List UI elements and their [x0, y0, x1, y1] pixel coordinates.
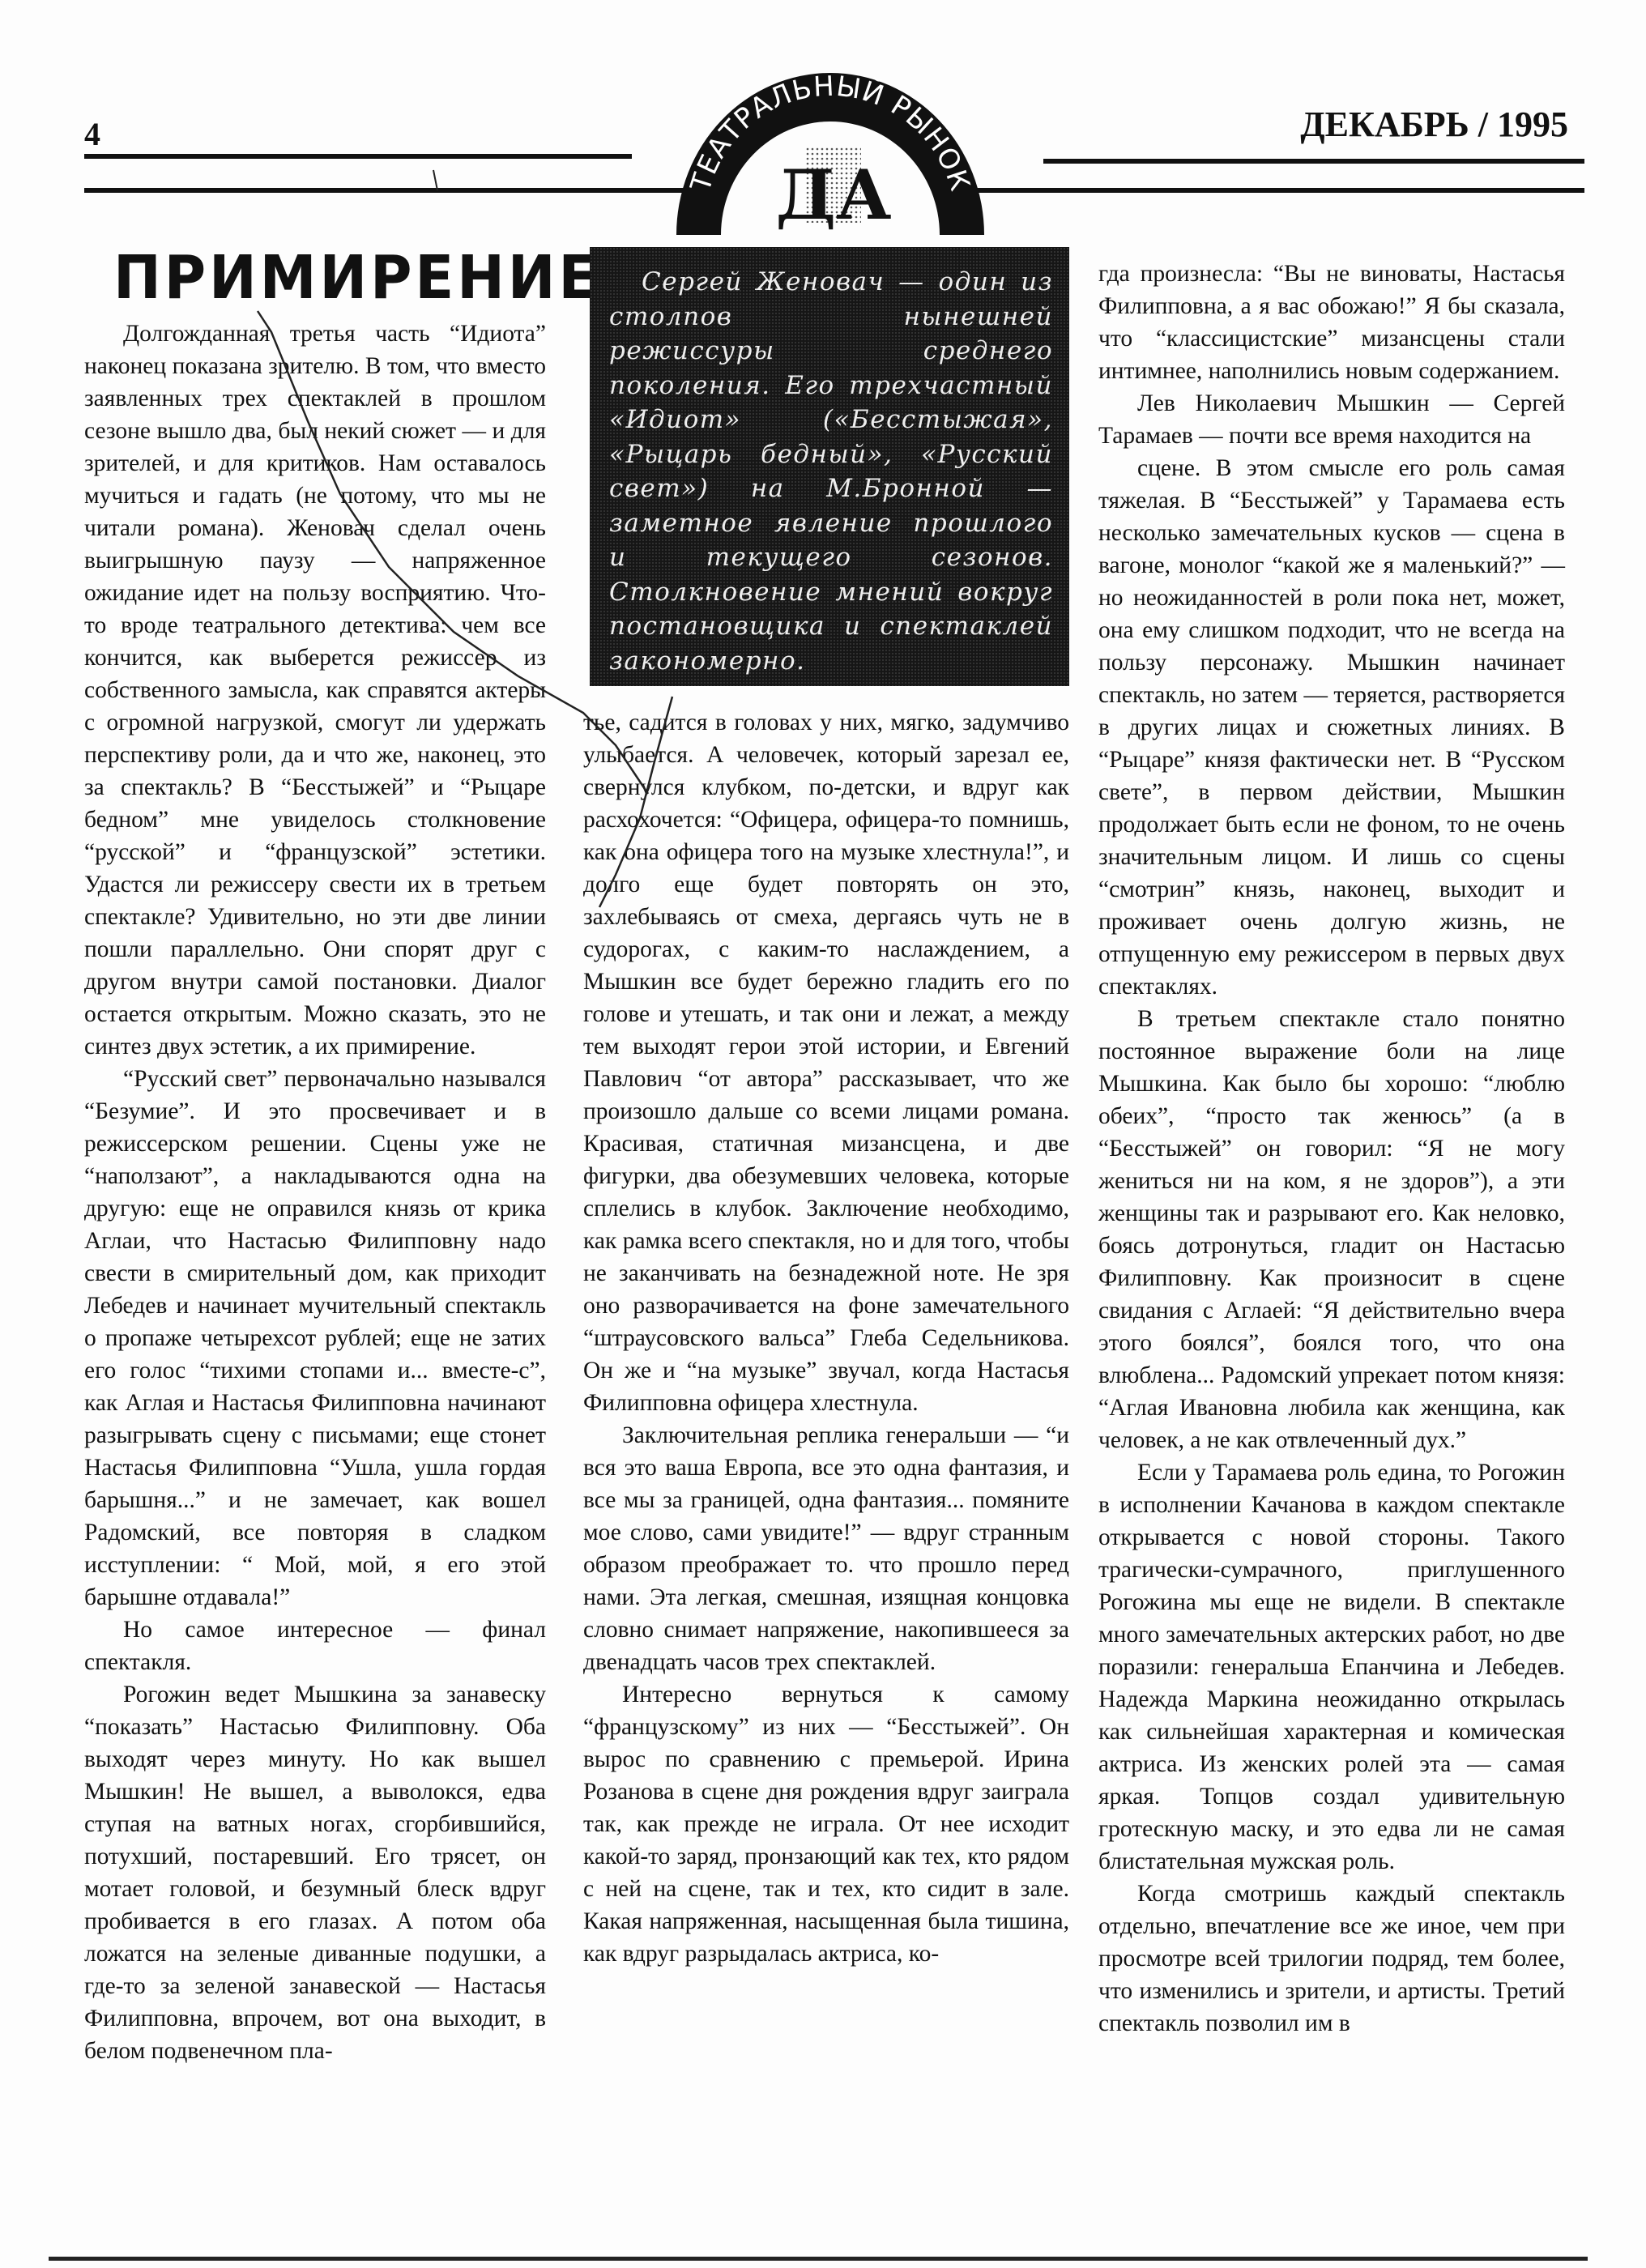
paragraph: Рогожин ведет Мышкина за занавеску “пока…: [84, 1678, 546, 2067]
paragraph: Лев Николаевич Мышкин — Сергей Тарамаев …: [1098, 387, 1565, 452]
lead-sidebar-box: Сергей Женовач — один из столпов нынешне…: [590, 247, 1069, 686]
article-column-2: тье, садится в головах у них, мягко, зад…: [583, 706, 1069, 1970]
paragraph: сцене. В этом смысле его роль самая тяже…: [1098, 452, 1565, 1003]
header-rule-right-bottom: [964, 188, 1584, 193]
paragraph: Долгожданная третья часть “Идиота” након…: [84, 318, 546, 1063]
header-rule-left-bottom: [84, 188, 710, 193]
paragraph: Но самое интересное — финал спектакля.: [84, 1614, 546, 1678]
header-rule-right-top: [1043, 159, 1584, 164]
paragraph: Когда смотришь каждый спектакль отдельно…: [1098, 1878, 1565, 2040]
article-headline: ПРИМИРЕНИЕ: [113, 243, 600, 313]
page-number: 4: [84, 115, 100, 153]
paragraph: Интересно вернуться к самому “французско…: [583, 1678, 1069, 1970]
header-rule-left-top: [84, 154, 632, 159]
logo-letters: ДА: [775, 155, 891, 235]
page-bottom-rule: [49, 2257, 1588, 2261]
paragraph: Если у Тарамаева роль едина, то Рогожин …: [1098, 1456, 1565, 1878]
paragraph: гда произнесла: “Вы не виноваты, Настась…: [1098, 258, 1565, 387]
article-column-3: гда произнесла: “Вы не виноваты, Настась…: [1098, 258, 1565, 2040]
paragraph: В третьем спектакле стало понятно постоя…: [1098, 1003, 1565, 1456]
section-logo: ТЕАТРАЛЬНЫЙ РЫНОК ДА: [660, 65, 1000, 235]
sidebar-lead-text: Сергей Женовач — один из столпов нынешне…: [609, 265, 1053, 678]
article-column-1: Долгожданная третья часть “Идиота” након…: [84, 318, 546, 2067]
paragraph: “Русский свет” первоначально назывался “…: [84, 1063, 546, 1614]
paragraph: Заключительная реплика генеральши — “и в…: [583, 1419, 1069, 1678]
issue-date: ДЕКАБРЬ / 1995: [1300, 104, 1568, 145]
paragraph: тье, садится в головах у них, мягко, зад…: [583, 706, 1069, 1419]
arch-logo-icon: ТЕАТРАЛЬНЫЙ РЫНОК ДА: [660, 65, 1000, 235]
